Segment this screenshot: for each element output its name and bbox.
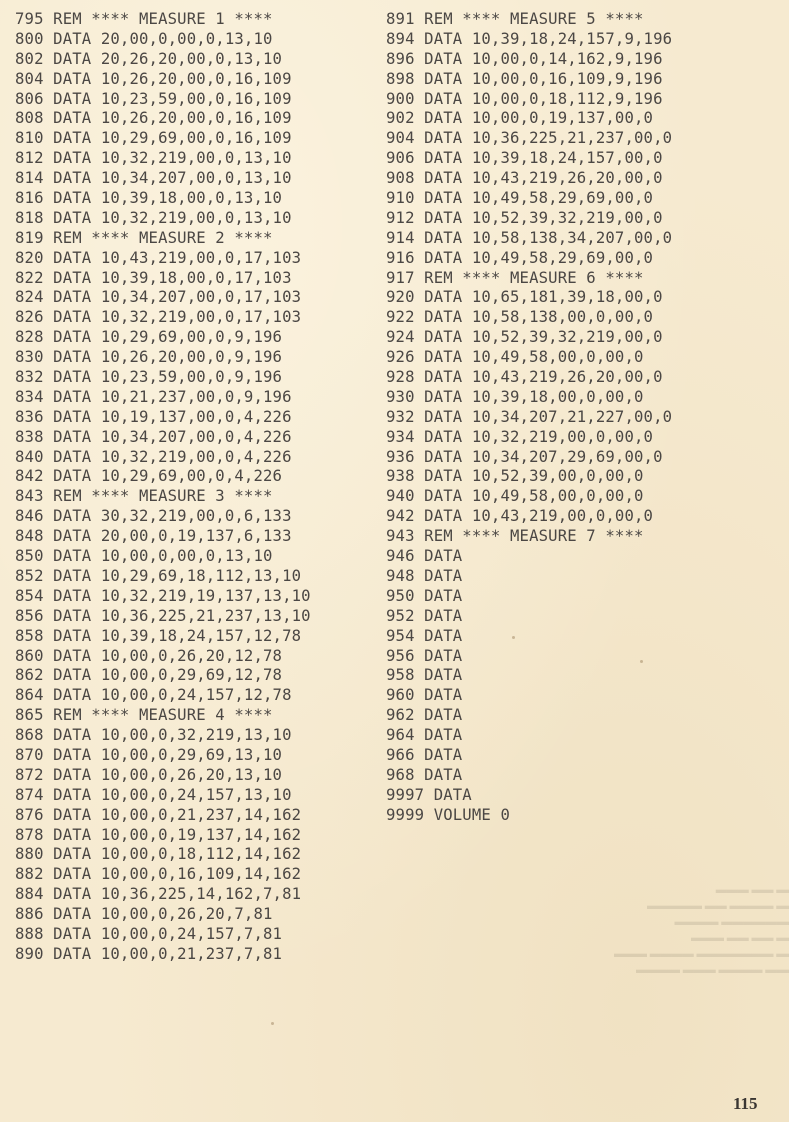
data-line: 900 DATA 10,00,0,18,112,9,196 [386, 90, 672, 110]
data-line: 818 DATA 10,32,219,00,0,13,10 [15, 209, 311, 229]
data-line: 928 DATA 10,43,219,26,20,00,0 [386, 368, 672, 388]
data-line: 954 DATA [386, 627, 672, 647]
data-line: 938 DATA 10,52,39,00,0,00,0 [386, 467, 672, 487]
data-line: 920 DATA 10,65,181,39,18,00,0 [386, 288, 672, 308]
data-line: 824 DATA 10,34,207,00,0,17,103 [15, 288, 311, 308]
data-line: 936 DATA 10,34,207,29,69,00,0 [386, 448, 672, 468]
data-line: 914 DATA 10,58,138,34,207,00,0 [386, 229, 672, 249]
data-line: 820 DATA 10,43,219,00,0,17,103 [15, 249, 311, 269]
data-line: 902 DATA 10,00,0,19,137,00,0 [386, 109, 672, 129]
rem-line: 943 REM **** MEASURE 7 **** [386, 527, 672, 547]
data-line: 948 DATA [386, 567, 672, 587]
data-line: 870 DATA 10,00,0,29,69,13,10 [15, 746, 311, 766]
data-line: 882 DATA 10,00,0,16,109,14,162 [15, 865, 311, 885]
data-line: 858 DATA 10,39,18,24,157,12,78 [15, 627, 311, 647]
data-line: 908 DATA 10,43,219,26,20,00,0 [386, 169, 672, 189]
listing-right-column: 891 REM **** MEASURE 5 ****894 DATA 10,3… [386, 10, 672, 826]
data-line: 890 DATA 10,00,0,21,237,7,81 [15, 945, 311, 965]
data-line: 880 DATA 10,00,0,18,112,14,162 [15, 845, 311, 865]
page-number: 115 [733, 1094, 758, 1114]
data-line: 848 DATA 20,00,0,19,137,6,133 [15, 527, 311, 547]
data-line: 934 DATA 10,32,219,00,0,00,0 [386, 428, 672, 448]
paper-speck [271, 1022, 274, 1025]
data-line: 864 DATA 10,00,0,24,157,12,78 [15, 686, 311, 706]
data-line: 960 DATA [386, 686, 672, 706]
data-line: 822 DATA 10,39,18,00,0,17,103 [15, 269, 311, 289]
data-line: 958 DATA [386, 666, 672, 686]
data-line: 876 DATA 10,00,0,21,237,14,162 [15, 806, 311, 826]
data-line: 894 DATA 10,39,18,24,157,9,196 [386, 30, 672, 50]
data-line: 860 DATA 10,00,0,26,20,12,78 [15, 647, 311, 667]
data-line: 800 DATA 20,00,0,00,0,13,10 [15, 30, 311, 50]
data-line: 906 DATA 10,39,18,24,157,00,0 [386, 149, 672, 169]
data-line: 840 DATA 10,32,219,00,0,4,226 [15, 448, 311, 468]
data-line: 898 DATA 10,00,0,16,109,9,196 [386, 70, 672, 90]
paper-speck [512, 636, 515, 639]
data-line: 852 DATA 10,29,69,18,112,13,10 [15, 567, 311, 587]
data-line: 810 DATA 10,29,69,00,0,16,109 [15, 129, 311, 149]
rem-line: 843 REM **** MEASURE 3 **** [15, 487, 311, 507]
data-line: 962 DATA [386, 706, 672, 726]
data-line: 940 DATA 10,49,58,00,0,00,0 [386, 487, 672, 507]
data-line: 964 DATA [386, 726, 672, 746]
data-line: 836 DATA 10,19,137,00,0,4,226 [15, 408, 311, 428]
data-line: 828 DATA 10,29,69,00,0,9,196 [15, 328, 311, 348]
data-line: 834 DATA 10,21,237,00,0,9,196 [15, 388, 311, 408]
data-line: 946 DATA [386, 547, 672, 567]
rem-line: 917 REM **** MEASURE 6 **** [386, 269, 672, 289]
data-line: 850 DATA 10,00,0,00,0,13,10 [15, 547, 311, 567]
data-line: 874 DATA 10,00,0,24,157,13,10 [15, 786, 311, 806]
rem-line: 819 REM **** MEASURE 2 **** [15, 229, 311, 249]
data-line: 952 DATA [386, 607, 672, 627]
paper-speck [640, 660, 643, 663]
data-line: 930 DATA 10,39,18,00,0,00,0 [386, 388, 672, 408]
rem-line: 865 REM **** MEASURE 4 **** [15, 706, 311, 726]
data-line: 9999 VOLUME 0 [386, 806, 672, 826]
data-line: 904 DATA 10,36,225,21,237,00,0 [386, 129, 672, 149]
data-line: 922 DATA 10,58,138,00,0,00,0 [386, 308, 672, 328]
data-line: 814 DATA 10,34,207,00,0,13,10 [15, 169, 311, 189]
data-line: 956 DATA [386, 647, 672, 667]
printed-page: 795 REM **** MEASURE 1 ****800 DATA 20,0… [0, 0, 789, 1122]
data-line: 910 DATA 10,49,58,29,69,00,0 [386, 189, 672, 209]
data-line: 950 DATA [386, 587, 672, 607]
data-line: 968 DATA [386, 766, 672, 786]
data-line: 926 DATA 10,49,58,00,0,00,0 [386, 348, 672, 368]
data-line: 804 DATA 10,26,20,00,0,16,109 [15, 70, 311, 90]
data-line: 942 DATA 10,43,219,00,0,00,0 [386, 507, 672, 527]
data-line: 830 DATA 10,26,20,00,0,9,196 [15, 348, 311, 368]
data-line: 884 DATA 10,36,225,14,162,7,81 [15, 885, 311, 905]
listing-left-column: 795 REM **** MEASURE 1 ****800 DATA 20,0… [15, 10, 311, 965]
data-line: 862 DATA 10,00,0,29,69,12,78 [15, 666, 311, 686]
data-line: 924 DATA 10,52,39,32,219,00,0 [386, 328, 672, 348]
data-line: 846 DATA 30,32,219,00,0,6,133 [15, 507, 311, 527]
data-line: 802 DATA 20,26,20,00,0,13,10 [15, 50, 311, 70]
data-line: 826 DATA 10,32,219,00,0,17,103 [15, 308, 311, 328]
data-line: 9997 DATA [386, 786, 672, 806]
data-line: 872 DATA 10,00,0,26,20,13,10 [15, 766, 311, 786]
bleed-through-text: ▬▬▬▬ ▬▬ ▬▬▬ ▬▬▬▬ ▬▬▬▬ ▬▬ ▬▬▬▬▬ ▬▬▬▬▬▬▬▬▬… [614, 882, 789, 978]
data-line: 808 DATA 10,26,20,00,0,16,109 [15, 109, 311, 129]
data-line: 806 DATA 10,23,59,00,0,16,109 [15, 90, 311, 110]
data-line: 816 DATA 10,39,18,00,0,13,10 [15, 189, 311, 209]
data-line: 832 DATA 10,23,59,00,0,9,196 [15, 368, 311, 388]
data-line: 838 DATA 10,34,207,00,0,4,226 [15, 428, 311, 448]
rem-line: 795 REM **** MEASURE 1 **** [15, 10, 311, 30]
data-line: 916 DATA 10,49,58,29,69,00,0 [386, 249, 672, 269]
data-line: 966 DATA [386, 746, 672, 766]
data-line: 854 DATA 10,32,219,19,137,13,10 [15, 587, 311, 607]
data-line: 842 DATA 10,29,69,00,0,4,226 [15, 467, 311, 487]
data-line: 868 DATA 10,00,0,32,219,13,10 [15, 726, 311, 746]
data-line: 912 DATA 10,52,39,32,219,00,0 [386, 209, 672, 229]
data-line: 856 DATA 10,36,225,21,237,13,10 [15, 607, 311, 627]
data-line: 932 DATA 10,34,207,21,227,00,0 [386, 408, 672, 428]
data-line: 886 DATA 10,00,0,26,20,7,81 [15, 905, 311, 925]
rem-line: 891 REM **** MEASURE 5 **** [386, 10, 672, 30]
data-line: 888 DATA 10,00,0,24,157,7,81 [15, 925, 311, 945]
data-line: 896 DATA 10,00,0,14,162,9,196 [386, 50, 672, 70]
data-line: 878 DATA 10,00,0,19,137,14,162 [15, 826, 311, 846]
data-line: 812 DATA 10,32,219,00,0,13,10 [15, 149, 311, 169]
